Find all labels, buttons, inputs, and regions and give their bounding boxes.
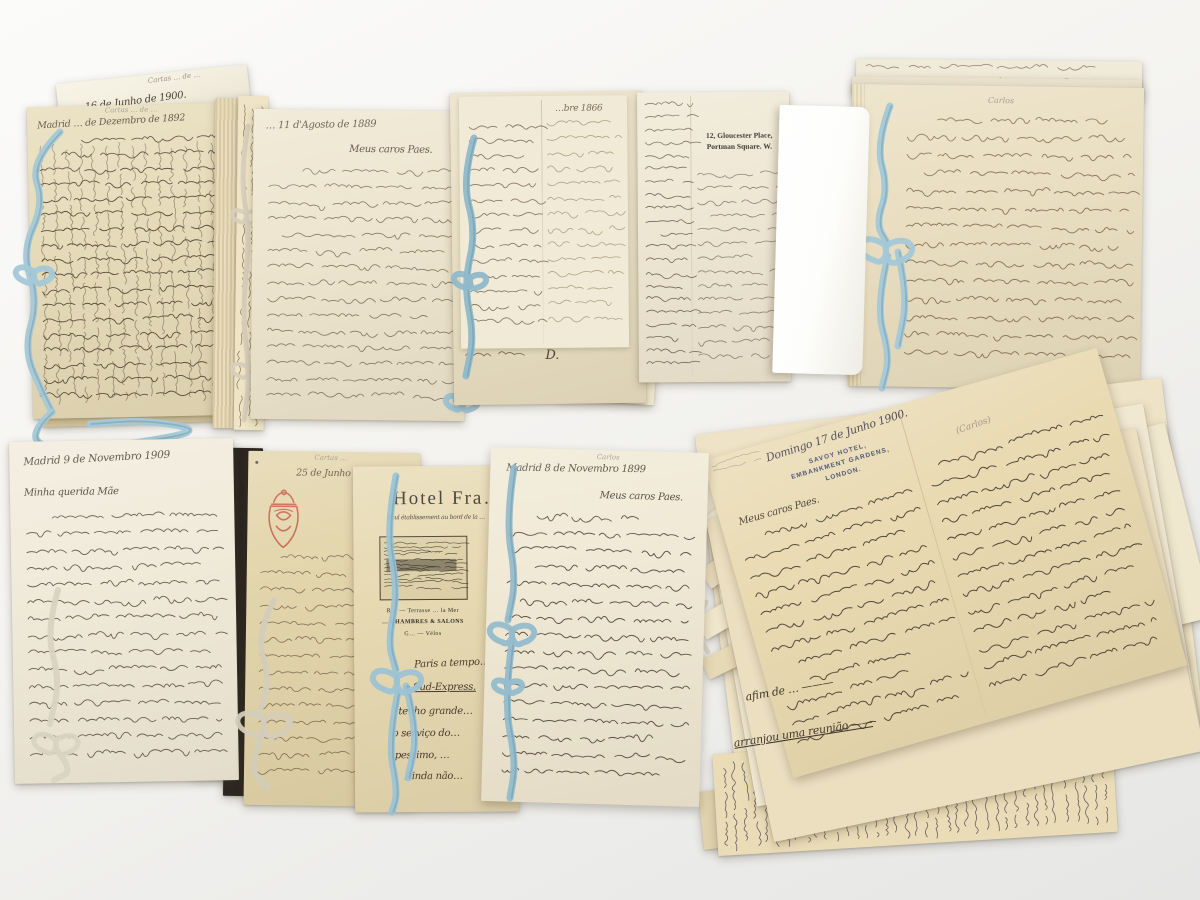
handwriting-fragment [463,350,527,369]
hotel-title: Hotel Fra… [393,488,504,511]
address-line-2: Portman Square. W. [693,141,785,153]
royal-cipher-crest [261,487,306,552]
white-folded-page [772,105,869,375]
handwriting-lines [500,512,692,791]
date-line: Madrid 8 de Novembro 1899 [506,463,645,475]
hotel-print-lines: R… — Terrasse … la Mer … CHAMBRES & SALO… [362,606,484,641]
cross-writing-lines [37,137,224,403]
letter-gloucester: 12, Gloucester Place, Portman Square. W. [637,91,791,382]
salutation: Meus caros Paes. [600,490,684,503]
overwriting-3: tenho grande… [398,706,472,718]
overwriting-2: o Sud-Express. [404,682,476,693]
letter-1892: Cartas … de … Madrid … de Dezembro de 18… [27,103,235,419]
hotel-print-line-2: … CHAMBRES & SALONS [362,617,484,629]
hotel-print-line-3: G… — Vélos [362,628,484,640]
letter-1866-top-sheet: …bre 1866 [459,95,629,348]
date-line: Madrid 9 de Novembro 1909 [23,449,170,469]
handwriting-right-column [545,119,621,338]
handwriting-body [696,170,785,369]
letter-1909: Madrid 9 de Novembro 1909 Minha querida … [9,438,239,784]
pencil-note: Cartas … de … [147,71,200,85]
salutation: Meus caros Paes. [737,495,820,529]
date-fragment: …bre 1866 [555,103,603,113]
bundle-carlos-letter: Carlos [848,84,1144,390]
hotel-print-line-1: R… — Terrasse … la Mer [362,606,484,618]
pencil-note: (Carlos) [955,415,993,436]
pencil-note: Carlos [988,96,1014,105]
signature: D. [545,348,559,363]
printed-letterhead: 12, Gloucester Place, Portman Square. W. [693,129,785,152]
date-line: … 11 d'Agosto de 1889 [265,119,376,132]
date-line: Madrid … de Dezembro de 1892 [37,112,186,131]
hotel-engraving [379,536,467,601]
photo-of-letters: Cartas … de … … 16 de Junho de 1900. Car… [0,0,1200,900]
handwriting-lines [24,510,222,767]
handwriting-left-column [467,122,541,339]
hotel-subtitle: Seul établissement au bord de la … [387,514,485,522]
overwriting-4: o serviço do… [393,728,460,739]
handwriting-lines [902,115,1132,376]
pencil-note: Cartas … de … [105,105,158,114]
handwriting-lines [265,167,454,409]
pencil-note: Cartas … [314,454,347,462]
address-line-1: 12, Gloucester Place, [693,129,785,141]
overwriting-5: pessimo, … [395,750,450,761]
overwriting-6: Ainda não… [405,771,463,782]
handwriting-lines [37,133,225,407]
handwriting-left-column [643,100,695,372]
salutation: Minha querida Mãe [24,486,119,499]
pencil-note: Carlos [597,453,620,462]
letter-1889: … 11 d'Agosto de 1889 Meus caros Paes. [250,109,467,421]
overwriting-1: Paris a tempo… [414,656,490,670]
salutation: Meus caros Paes. [349,144,432,156]
letter-1899: Carlos Madrid 8 de Novembro 1899 Meus ca… [481,447,709,807]
